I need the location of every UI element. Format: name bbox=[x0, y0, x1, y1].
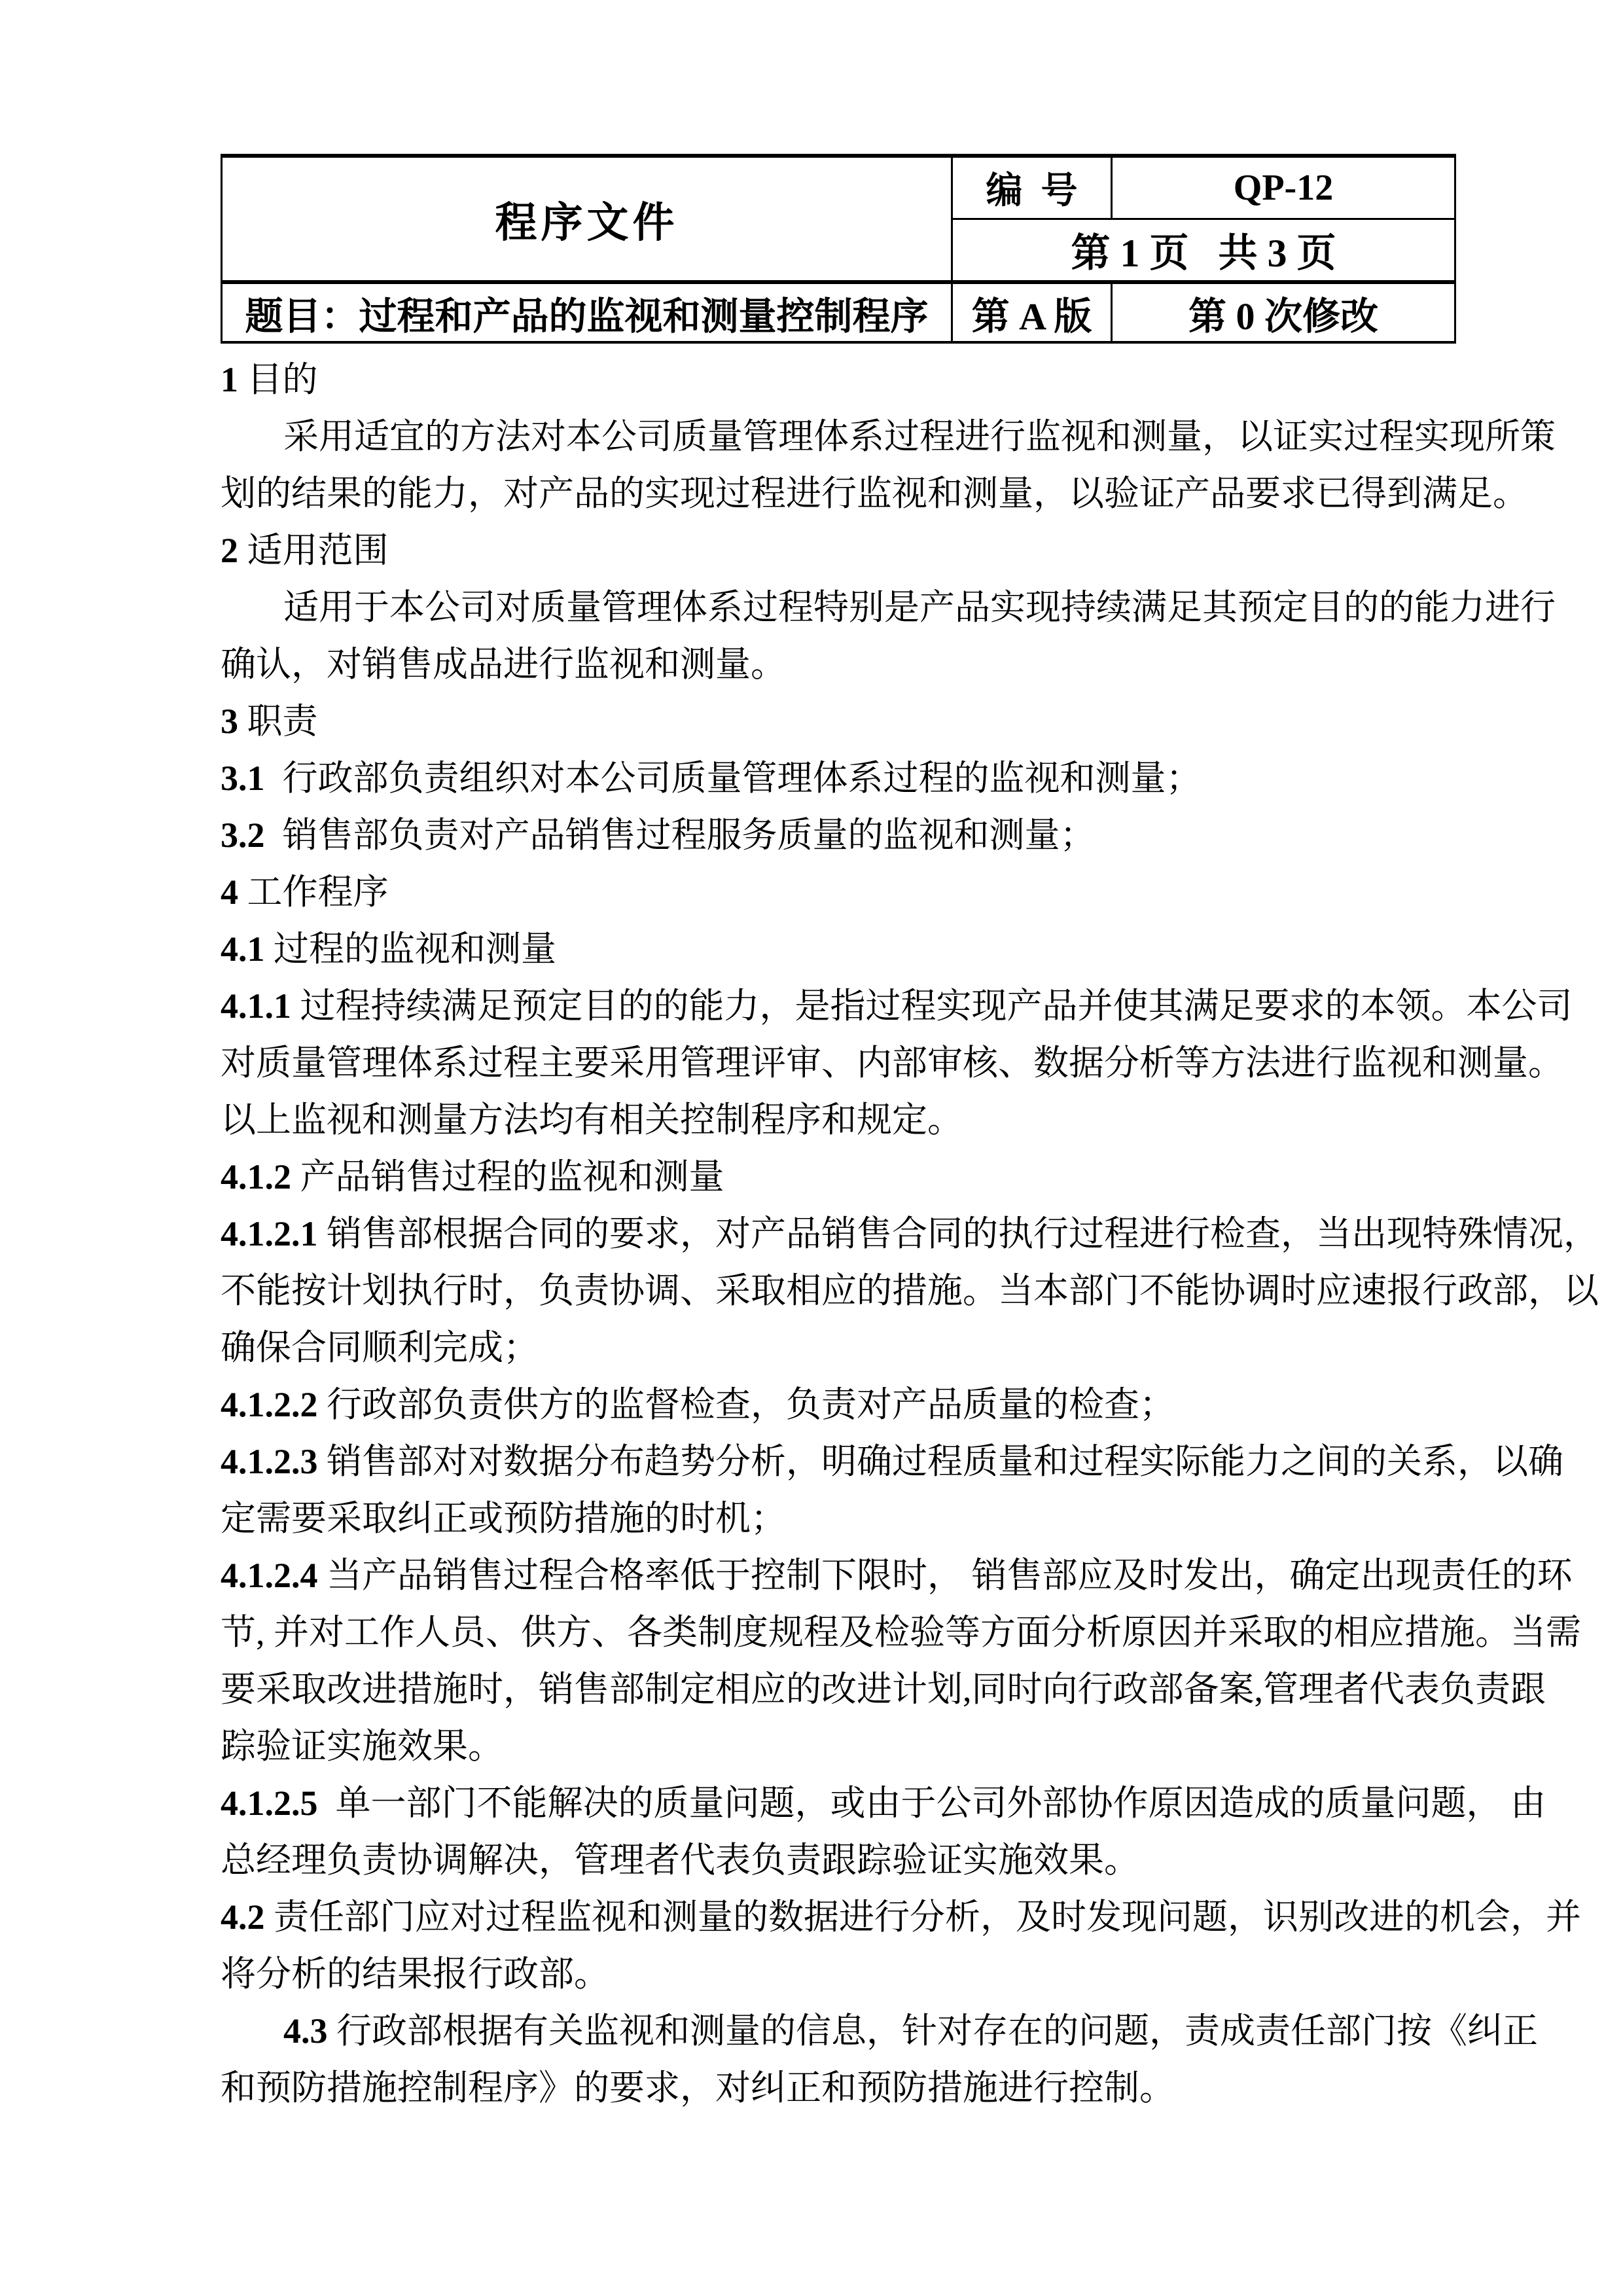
body-line: 4.1.1 过程持续满足预定目的的能力，是指过程实现产品并使其满足要求的本领。本… bbox=[221, 978, 1472, 1035]
body-text-segment: 对质量管理体系过程主要采用管理评审、内部审核、数据分析等方法进行监视和测量。 bbox=[221, 1043, 1563, 1083]
body-line: 3.1 行政部负责组织对本公司质量管理体系过程的监视和测量； bbox=[221, 750, 1472, 807]
body-text-segment: 2 bbox=[221, 531, 247, 570]
body-line: 适用于本公司对质量管理体系过程特别是产品实现持续满足其预定目的的能力进行 bbox=[221, 579, 1472, 636]
body-text-segment: 节, 并对工作人员、供方、各类制度规程及检验等方面分析原因并采取的相应措施。当需 bbox=[221, 1613, 1581, 1652]
body-text-segment: 以上监视和测量方法均有相关控制程序和规定。 bbox=[221, 1100, 963, 1139]
body-text-segment: 行政部负责组织对本公司质量管理体系过程的监视和测量； bbox=[265, 759, 1202, 798]
body-text-segment: 行政部根据有关监视和测量的信息，针对存在的问题，责成责任部门按《纠正 bbox=[336, 2011, 1538, 2051]
body-text-segment: 4.1.2.5 bbox=[221, 1784, 318, 1823]
body-line: 4.2 责任部门应对过程监视和测量的数据进行分析，及时发现问题，识别改进的机会，… bbox=[221, 1889, 1472, 1946]
body-line: 要采取改进措施时，销售部制定相应的改进计划,同时向行政部备案,管理者代表负责跟 bbox=[221, 1661, 1472, 1718]
body-line: 2 适用范围 bbox=[221, 522, 1472, 579]
body-line: 4.3 行政部根据有关监视和测量的信息，针对存在的问题，责成责任部门按《纠正 bbox=[221, 2003, 1472, 2060]
document-body: 1 目的采用适宜的方法对本公司质量管理体系过程进行监视和测量，以证实过程实现所策… bbox=[221, 351, 1472, 2117]
body-text-segment: 3.1 bbox=[221, 759, 265, 798]
body-line: 4.1.2.5 单一部门不能解决的质量问题，或由于公司外部协作原因造成的质量问题… bbox=[221, 1775, 1472, 1832]
body-text-segment: 4 bbox=[221, 872, 247, 912]
revision-cell: 第 0 次修改 bbox=[1112, 282, 1455, 342]
body-text-segment: 总经理负责协调解决，管理者代表负责跟踪验证实施效果。 bbox=[221, 1840, 1139, 1880]
page-info-cell: 第 1 页 共 3 页 bbox=[952, 219, 1455, 282]
body-text-segment: 销售部负责对产品销售过程服务质量的监视和测量； bbox=[265, 816, 1096, 855]
body-text-segment: 工作程序 bbox=[247, 872, 389, 912]
body-text-segment: 采用适宜的方法对本公司质量管理体系过程进行监视和测量，以证实过程实现所策 bbox=[283, 417, 1556, 456]
body-text-segment: 责任部门应对过程监视和测量的数据进行分析，及时发现问题，识别改进的机会，并 bbox=[274, 1897, 1581, 1937]
code-label-cell: 编 号 bbox=[952, 156, 1112, 219]
body-line: 确认，对销售成品进行监视和测量。 bbox=[221, 636, 1472, 693]
body-text-segment: 单一部门不能解决的质量问题，或由于公司外部协作原因造成的质量问题， 由 bbox=[318, 1784, 1546, 1823]
body-line: 踪验证实施效果。 bbox=[221, 1718, 1472, 1775]
body-line: 将分析的结果报行政部。 bbox=[221, 1946, 1472, 2003]
body-text-segment: 4.1 bbox=[221, 929, 274, 969]
body-line: 4.1.2 产品销售过程的监视和测量 bbox=[221, 1149, 1472, 1206]
body-text-segment: 3.2 bbox=[221, 816, 265, 855]
body-line: 采用适宜的方法对本公司质量管理体系过程进行监视和测量，以证实过程实现所策 bbox=[221, 408, 1472, 465]
body-text-segment: 确认，对销售成品进行监视和测量。 bbox=[221, 645, 786, 684]
body-line: 总经理负责协调解决，管理者代表负责跟踪验证实施效果。 bbox=[221, 1832, 1472, 1889]
body-line: 1 目的 bbox=[221, 351, 1472, 408]
body-text-segment: 划的结果的能力，对产品的实现过程进行监视和测量，以验证产品要求已得到满足。 bbox=[221, 474, 1528, 513]
body-text-segment: 和预防措施控制程序》的要求，对纠正和预防措施进行控制。 bbox=[221, 2068, 1175, 2108]
code-value-cell: QP-12 bbox=[1112, 156, 1455, 219]
body-line: 以上监视和测量方法均有相关控制程序和规定。 bbox=[221, 1092, 1472, 1149]
doc-title-cell: 题目：过程和产品的监视和测量控制程序 bbox=[222, 282, 952, 342]
body-text-segment: 4.1.2 bbox=[221, 1157, 300, 1196]
body-text-segment: 1 bbox=[221, 360, 247, 399]
header-row-1: 程序文件 编 号 QP-12 bbox=[222, 156, 1455, 219]
body-line: 划的结果的能力，对产品的实现过程进行监视和测量，以验证产品要求已得到满足。 bbox=[221, 465, 1472, 522]
header-table: 程序文件 编 号 QP-12 第 1 页 共 3 页 题目：过程和产品的监视和测… bbox=[221, 154, 1456, 344]
body-text-segment: 将分析的结果报行政部。 bbox=[221, 1954, 609, 1994]
body-text-segment: 当产品销售过程合格率低于控制下限时， 销售部应及时发出，确定出现责任的环 bbox=[318, 1556, 1573, 1595]
body-line: 定需要采取纠正或预防措施的时机； bbox=[221, 1490, 1472, 1547]
body-text-segment: 4.1.2.3 bbox=[221, 1442, 318, 1481]
body-text-segment: 3 bbox=[221, 702, 247, 741]
body-text-segment: 确保合同顺利完成； bbox=[221, 1328, 539, 1367]
body-text-segment: 4.1.1 bbox=[221, 986, 300, 1026]
body-text-segment: 销售部根据合同的要求，对产品销售合同的执行过程进行检查，当出现特殊情况， bbox=[318, 1214, 1599, 1253]
body-text-segment: 行政部负责供方的监督检查，负责对产品质量的检查； bbox=[318, 1385, 1175, 1424]
body-line: 4.1.2.4 当产品销售过程合格率低于控制下限时， 销售部应及时发出，确定出现… bbox=[221, 1547, 1472, 1604]
body-text-segment: 定需要采取纠正或预防措施的时机； bbox=[221, 1499, 786, 1538]
body-text-segment: 目的 bbox=[247, 360, 318, 399]
body-line: 确保合同顺利完成； bbox=[221, 1319, 1472, 1376]
body-line: 对质量管理体系过程主要采用管理评审、内部审核、数据分析等方法进行监视和测量。 bbox=[221, 1035, 1472, 1092]
body-text-segment: 4.1.2.4 bbox=[221, 1556, 318, 1595]
body-line: 4.1.2.3 销售部对对数据分布趋势分析，明确过程质量和过程实际能力之间的关系… bbox=[221, 1433, 1472, 1490]
body-line: 3 职责 bbox=[221, 693, 1472, 750]
body-text-segment: 4.1.2.1 bbox=[221, 1214, 318, 1253]
body-text-segment: 职责 bbox=[247, 702, 318, 741]
body-text-segment: 4.1.2.2 bbox=[221, 1385, 318, 1424]
body-line: 4.1.2.1 销售部根据合同的要求，对产品销售合同的执行过程进行检查，当出现特… bbox=[221, 1206, 1472, 1263]
body-line: 3.2 销售部负责对产品销售过程服务质量的监视和测量； bbox=[221, 807, 1472, 864]
body-line: 4.1.2.2 行政部负责供方的监督检查，负责对产品质量的检查； bbox=[221, 1376, 1472, 1433]
body-line: 节, 并对工作人员、供方、各类制度规程及检验等方面分析原因并采取的相应措施。当需 bbox=[221, 1604, 1472, 1661]
body-line: 不能按计划执行时，负责协调、采取相应的措施。当本部门不能协调时应速报行政部，以 bbox=[221, 1263, 1472, 1319]
version-cell: 第 A 版 bbox=[952, 282, 1112, 342]
body-text-segment: 适用于本公司对质量管理体系过程特别是产品实现持续满足其预定目的的能力进行 bbox=[283, 588, 1556, 627]
document-page: 程序文件 编 号 QP-12 第 1 页 共 3 页 题目：过程和产品的监视和测… bbox=[0, 0, 1623, 2296]
body-text-segment: 4.3 bbox=[283, 2011, 336, 2051]
body-text-segment: 销售部对对数据分布趋势分析，明确过程质量和过程实际能力之间的关系，以确 bbox=[318, 1442, 1564, 1481]
body-line: 4.1 过程的监视和测量 bbox=[221, 921, 1472, 978]
body-text-segment: 踪验证实施效果。 bbox=[221, 1727, 503, 1766]
header-row-3: 题目：过程和产品的监视和测量控制程序 第 A 版 第 0 次修改 bbox=[222, 282, 1455, 342]
body-text-segment: 过程持续满足预定目的的能力，是指过程实现产品并使其满足要求的本领。本公司 bbox=[300, 986, 1573, 1026]
body-text-segment: 产品销售过程的监视和测量 bbox=[300, 1157, 724, 1196]
body-text-segment: 不能按计划执行时，负责协调、采取相应的措施。当本部门不能协调时应速报行政部，以 bbox=[221, 1271, 1599, 1310]
doc-type-cell: 程序文件 bbox=[222, 156, 952, 282]
body-text-segment: 要采取改进措施时，销售部制定相应的改进计划,同时向行政部备案,管理者代表负责跟 bbox=[221, 1670, 1546, 1709]
body-line: 和预防措施控制程序》的要求，对纠正和预防措施进行控制。 bbox=[221, 2060, 1472, 2117]
body-text-segment: 4.2 bbox=[221, 1897, 274, 1937]
body-text-segment: 适用范围 bbox=[247, 531, 389, 570]
body-text-segment: 过程的监视和测量 bbox=[274, 929, 556, 969]
body-line: 4 工作程序 bbox=[221, 864, 1472, 921]
